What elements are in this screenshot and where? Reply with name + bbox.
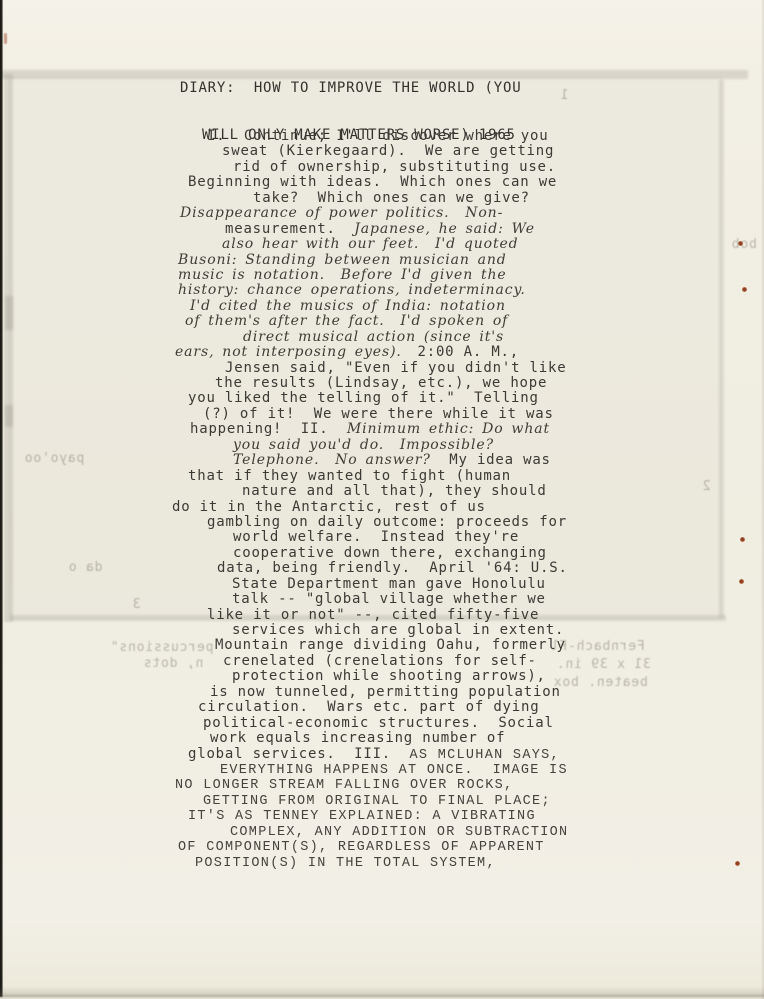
caps-text-run: POSITION(S) IN THE TOTAL SYSTEM, bbox=[195, 856, 496, 871]
title-line: DIARY: HOW TO IMPROVE THE WORLD (YOU bbox=[0, 81, 764, 97]
text-line: the results (Lindsay, etc.), we hope bbox=[0, 374, 764, 389]
typewriter-text-run: data, being friendly. April '64: U.S. bbox=[217, 560, 568, 576]
script-text-run: Minimum ethic: Do what bbox=[347, 421, 550, 437]
text-line: also hear with our feet. I'd quoted bbox=[0, 235, 764, 250]
text-line: ears, not interposing eyes). 2:00 A. M., bbox=[0, 343, 764, 358]
text-line: State Department man gave Honolulu bbox=[0, 575, 764, 590]
text-line: gambling on daily outcome: proceeds for bbox=[0, 513, 764, 528]
text-line: data, being friendly. April '64: U.S. bbox=[0, 559, 764, 574]
script-text-run: ears, not interposing eyes). bbox=[175, 344, 418, 360]
typewriter-text-run: talk -- "global village whether we bbox=[232, 591, 546, 607]
foxing-spot bbox=[742, 287, 747, 292]
script-text-run: Disappearance of power politics. Non- bbox=[180, 205, 503, 221]
paper-edge-bottom bbox=[0, 986, 764, 999]
foxing-spot bbox=[738, 241, 743, 246]
text-line: IT'S AS TENNEY EXPLAINED: A VIBRATING bbox=[0, 806, 764, 821]
script-text-run: also hear with our feet. I'd quoted bbox=[222, 236, 519, 252]
text-line: Jensen said, "Even if you didn't like bbox=[0, 359, 764, 374]
typewriter-text-run: world welfare. Instead they're bbox=[233, 529, 519, 545]
scan-edge-left bbox=[0, 0, 3, 999]
text-line: is now tunneled, permitting population bbox=[0, 683, 764, 698]
body-text: I. Continue; I'll discover where youswea… bbox=[0, 127, 764, 868]
text-line: Busoni: Standing between musician and bbox=[0, 251, 764, 266]
foxing-spot bbox=[739, 579, 744, 584]
foxing-spot bbox=[735, 861, 740, 866]
text-line: OF COMPONENT(S), REGARDLESS OF APPARENT bbox=[0, 837, 764, 852]
text-line: direct musical action (since it's bbox=[0, 328, 764, 343]
text-line: COMPLEX, ANY ADDITION OR SUBTRACTION bbox=[0, 822, 764, 837]
text-line: (?) of it! We were there while it was bbox=[0, 405, 764, 420]
text-line: measurement. Japanese, he said: We bbox=[0, 220, 764, 235]
typewriter-text-run: My idea was bbox=[431, 452, 551, 468]
text-line: I'd cited the musics of India: notation bbox=[0, 297, 764, 312]
text-line: take? Which ones can we give? bbox=[0, 189, 764, 204]
text-line: global services. III. AS MCLUHAN SAYS, bbox=[0, 745, 764, 760]
typewriter-text-run: work equals increasing number of bbox=[210, 730, 505, 746]
text-line: do it in the Antarctic, rest of us bbox=[0, 498, 764, 513]
red-edge-mark bbox=[4, 33, 7, 44]
text-line: Beginning with ideas. Which ones can we bbox=[0, 173, 764, 188]
script-text-run: Telephone. No answer? bbox=[233, 452, 431, 468]
typewriter-text-run: Beginning with ideas. Which ones can we bbox=[188, 174, 557, 190]
text-line: services which are global in extent. bbox=[0, 621, 764, 636]
typewriter-text-run: protection while shooting arrows), bbox=[232, 668, 546, 684]
text-line: sweat (Kierkegaard). We are getting bbox=[0, 142, 764, 157]
text-line: Mountain range dividing Oahu, formerly bbox=[0, 636, 764, 651]
text-line: happening! II. Minimum ethic: Do what bbox=[0, 420, 764, 435]
text-line: political-economic structures. Social bbox=[0, 714, 764, 729]
text-line: like it or not" --, cited fifty-five bbox=[0, 606, 764, 621]
text-line: of them's after the fact. I'd spoken of bbox=[0, 312, 764, 327]
text-line: nature and all that), they should bbox=[0, 482, 764, 497]
text-line: history: chance operations, indeterminac… bbox=[0, 281, 764, 296]
text-line: that if they wanted to fight (human bbox=[0, 467, 764, 482]
text-line: work equals increasing number of bbox=[0, 729, 764, 744]
text-line: Telephone. No answer? My idea was bbox=[0, 451, 764, 466]
text-line: talk -- "global village whether we bbox=[0, 590, 764, 605]
typewriter-text-run: nature and all that), they should bbox=[242, 483, 547, 499]
text-line: music is notation. Before I'd given the bbox=[0, 266, 764, 281]
typewriter-text-run: happening! II. bbox=[190, 421, 347, 437]
typewriter-text-run: 2:00 A. M., bbox=[418, 344, 520, 360]
text-line: crenelated (crenelations for self- bbox=[0, 652, 764, 667]
text-line: GETTING FROM ORIGINAL TO FINAL PLACE; bbox=[0, 791, 764, 806]
text-line: I. Continue; I'll discover where you bbox=[0, 127, 764, 142]
text-line: world welfare. Instead they're bbox=[0, 528, 764, 543]
text-line: POSITION(S) IN THE TOTAL SYSTEM, bbox=[0, 853, 764, 868]
text-line: cooperative down there, exchanging bbox=[0, 544, 764, 559]
script-text-run: history: chance operations, indeterminac… bbox=[178, 282, 526, 298]
text-line: Disappearance of power politics. Non- bbox=[0, 204, 764, 219]
script-text-run: of them's after the fact. I'd spoken of bbox=[185, 313, 508, 329]
text-line: protection while shooting arrows), bbox=[0, 667, 764, 682]
text-line: you liked the telling of it." Telling bbox=[0, 389, 764, 404]
text-line: circulation. Wars etc. part of dying bbox=[0, 698, 764, 713]
text-line: rid of ownership, substituting use. bbox=[0, 158, 764, 173]
text-line: EVERYTHING HAPPENS AT ONCE. IMAGE IS bbox=[0, 760, 764, 775]
text-line: you said you'd do. Impossible? bbox=[0, 436, 764, 451]
foxing-spot bbox=[740, 537, 745, 542]
text-line: NO LONGER STREAM FALLING OVER ROCKS, bbox=[0, 775, 764, 790]
document-page: Fernbach-Fl31 x 39 in.beaten. boxpercuss… bbox=[0, 0, 764, 999]
typewriter-text-run: circulation. Wars etc. part of dying bbox=[198, 699, 539, 715]
